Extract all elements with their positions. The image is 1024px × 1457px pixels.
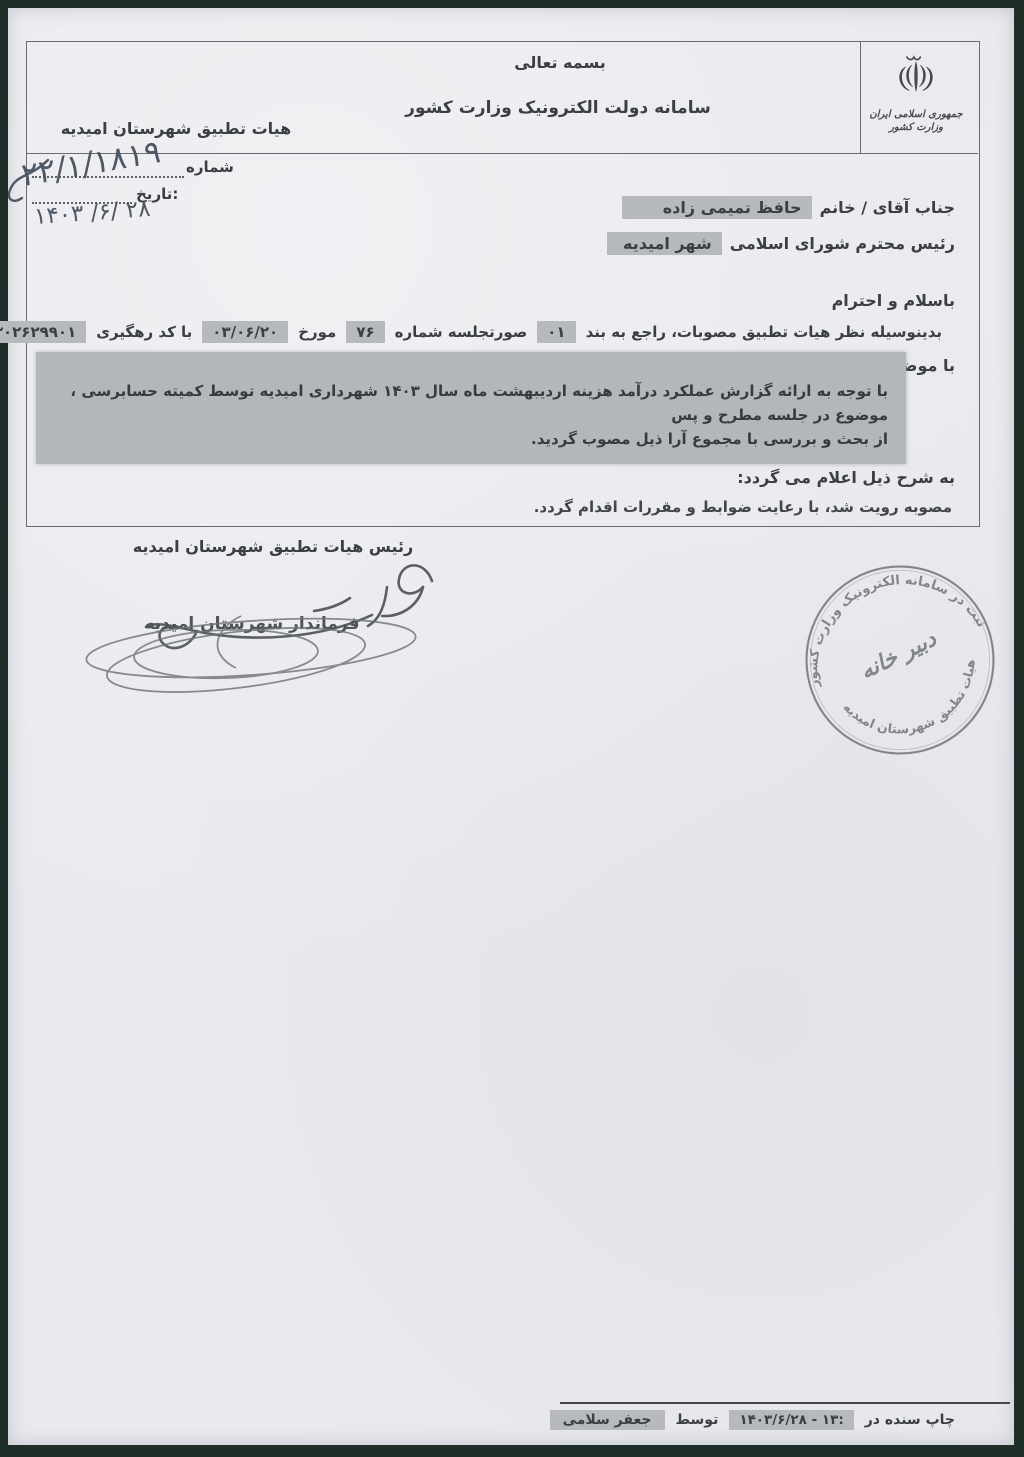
tracking-label: با کد رهگیری — [96, 323, 192, 341]
footer-divider-line — [560, 1402, 1010, 1404]
minutes-date-highlight: ۰۳/۰۶/۲۰ — [202, 321, 288, 343]
recipient-title-label: رئیس محترم شورای اسلامی — [730, 234, 955, 253]
subject-text-line1: با توجه به ارائه گزارش عملکرد درآمد هزین… — [54, 379, 888, 427]
minutes-number-highlight: ۷۶ — [346, 321, 384, 343]
header-divider-line — [26, 153, 978, 154]
minutes-label: صورتجلسه شماره — [395, 323, 528, 341]
emblem-country-text: جمهوری اسلامی ایران — [862, 108, 970, 121]
tracking-code-highlight: ۴۰۰۴۰۳۰۲۶۲۹۹۰۱ — [0, 321, 86, 343]
footer-datetime-highlight: ۱۴۰۳/۶/۲۸ - ۱۳: — [729, 1410, 853, 1430]
decision-text: مصوبه رویت شد، با رعایت ضوابط و مقررات ا… — [534, 498, 952, 516]
emblem-block: جمهوری اسلامی ایران وزارت کشور — [862, 44, 970, 150]
system-title: سامانه دولت الکترونیک وزارت کشور — [348, 98, 768, 118]
signature-scribble-ovals — [66, 598, 431, 708]
decision-intro: به شرح ذیل اعلام می گردد: — [737, 468, 955, 487]
footer-by-label: توسط — [676, 1412, 719, 1428]
dated-label: مورخ — [298, 323, 336, 341]
recipient-row-1: جناب آقای / خانم حافظ تمیمی زاده — [622, 196, 955, 219]
scanned-letter-page: جمهوری اسلامی ایران وزارت کشور بسمه تعال… — [0, 0, 1024, 1457]
salutation-text: باسلام و احترام — [832, 291, 955, 310]
subject-highlight-box: با توجه به ارائه گزارش عملکرد درآمد هزین… — [36, 352, 906, 464]
recipient-city-highlight: شهر امیدیه — [607, 232, 722, 255]
org-title: هیات تطبیق شهرستان امیدیه — [60, 119, 292, 138]
body-line: بدینوسیله نظر هیات تطبیق مصوبات، راجع به… — [0, 321, 942, 343]
recipient-row-2: رئیس محترم شورای اسلامی شهر امیدیه — [607, 232, 955, 255]
recipient-salutation-label: جناب آقای / خانم — [820, 198, 955, 217]
body-intro-text: بدینوسیله نظر هیات تطبیق مصوبات، راجع به… — [586, 323, 942, 341]
bismillah-text: بسمه تعالی — [455, 53, 665, 72]
subject-text-line2: از بحث و بررسی با مجموع آرا ذیل مصوب گرد… — [54, 427, 888, 451]
band-number-highlight: ۰۱ — [537, 321, 575, 343]
paper-sheet: جمهوری اسلامی ایران وزارت کشور بسمه تعال… — [8, 8, 1014, 1445]
recipient-name-highlight: حافظ تمیمی زاده — [622, 196, 812, 219]
emblem-cell-divider — [860, 41, 861, 153]
pen-flourish — [4, 156, 50, 208]
ref-number-label: شماره — [186, 158, 234, 176]
iran-emblem-icon — [889, 48, 943, 104]
emblem-ministry-text: وزارت کشور — [862, 121, 970, 134]
footer-print-label: چاپ سنده در — [865, 1412, 955, 1428]
footer-row: چاپ سنده در ۱۴۰۳/۶/۲۸ - ۱۳: توسط جعفر سل… — [550, 1410, 955, 1430]
secretariat-round-stamp: ثبت در سامانه الکترونیک وزارت کشور هیات … — [786, 554, 1014, 766]
footer-printed-by-highlight: جعفر سلامی — [550, 1410, 665, 1430]
stamp-center-text: دبیر خانه — [856, 625, 941, 684]
